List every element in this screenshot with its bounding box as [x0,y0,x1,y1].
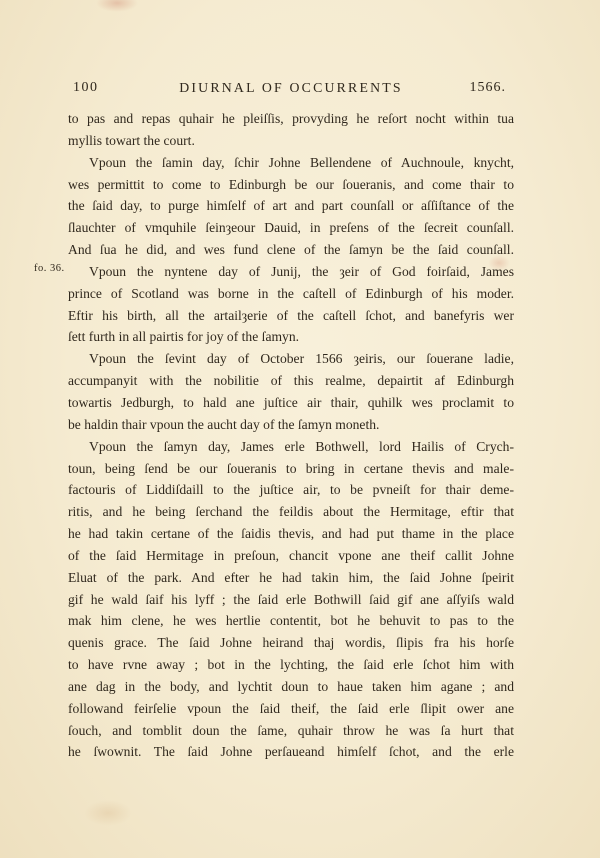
header-year: 1566. [470,80,507,96]
text-line: followand feirſelie vpoun the ſaid theif… [68,698,514,720]
text-line: wes permittit to come to Edinburgh be ou… [68,174,514,196]
text-line: prince of Scotland was borne in the caſt… [68,283,514,305]
text-line: Vpoun the ſamin day, ſchir Johne Bellend… [68,152,514,174]
text-line: factouris of Liddiſdaill to the juſtice … [68,479,514,501]
text-line: he had takin certane of the ſaidis thevi… [68,523,514,545]
book-page-scan: 100 DIURNAL OF OCCURRENTS 1566. fo. 36. … [0,0,600,858]
text-line: Vpoun the ſevint day of October 1566 ȝei… [68,348,514,370]
text-line: the ſaid day, to purge himſelf of art an… [68,195,514,217]
text-line: mak him clene, he wes hertlie contentit,… [68,610,514,632]
text-line: myllis towart the court. [68,130,514,152]
text-line: to have rvne away ; bot in the lychting,… [68,654,514,676]
paper-stain [84,800,132,826]
text-line: Vpoun the ſamyn day, James erle Bothwell… [68,436,514,458]
text-line: toun, being ſend be our ſoueranis to bri… [68,458,514,480]
text-line: of the ſaid Hermitage in preſoun, chanci… [68,545,514,567]
running-header: 100 DIURNAL OF OCCURRENTS 1566. [68,80,514,98]
paper-stain [96,0,138,12]
text-line: to pas and repas quhair he pleiſſis, pro… [68,108,514,130]
text-line: quenis grace. The ſaid Johne heirand tha… [68,632,514,654]
text-line: ſett furth in all pairtis for joy of the… [68,326,514,348]
text-line: Eftir his birth, all the artailȝerie of … [68,305,514,327]
text-line: ſouch, and tomblit doun the ſame, quhair… [68,720,514,742]
text-line: towartis Jedburgh, to hald ane juſtice a… [68,392,514,414]
text-line: ritis, and he being ſerchand the feildis… [68,501,514,523]
text-line: ane dag in the body, and lychtit doun to… [68,676,514,698]
text-line: accumpanyit with the nobilitie of this r… [68,370,514,392]
text-line: Vpoun the nyntene day of Junij, the ȝeir… [68,261,514,283]
body-text: to pas and repas quhair he pleiſſis, pro… [68,108,514,763]
text-line: ſlauchter of vmquhile ſeinȝeour Dauid, i… [68,217,514,239]
text-line: he ſwownit. The ſaid Johne perſaueand hi… [68,741,514,763]
folio-margin-note: fo. 36. [34,263,65,274]
text-line: gif he wald ſaif his lyff ; the ſaid erl… [68,589,514,611]
running-title: DIURNAL OF OCCURRENTS [68,80,514,96]
text-line: Eluat of the park. And efter he had taki… [68,567,514,589]
text-line: And ſua he did, and wes fund clene of th… [68,239,514,261]
text-line: be haldin thair vpoun the aucht day of t… [68,414,514,436]
